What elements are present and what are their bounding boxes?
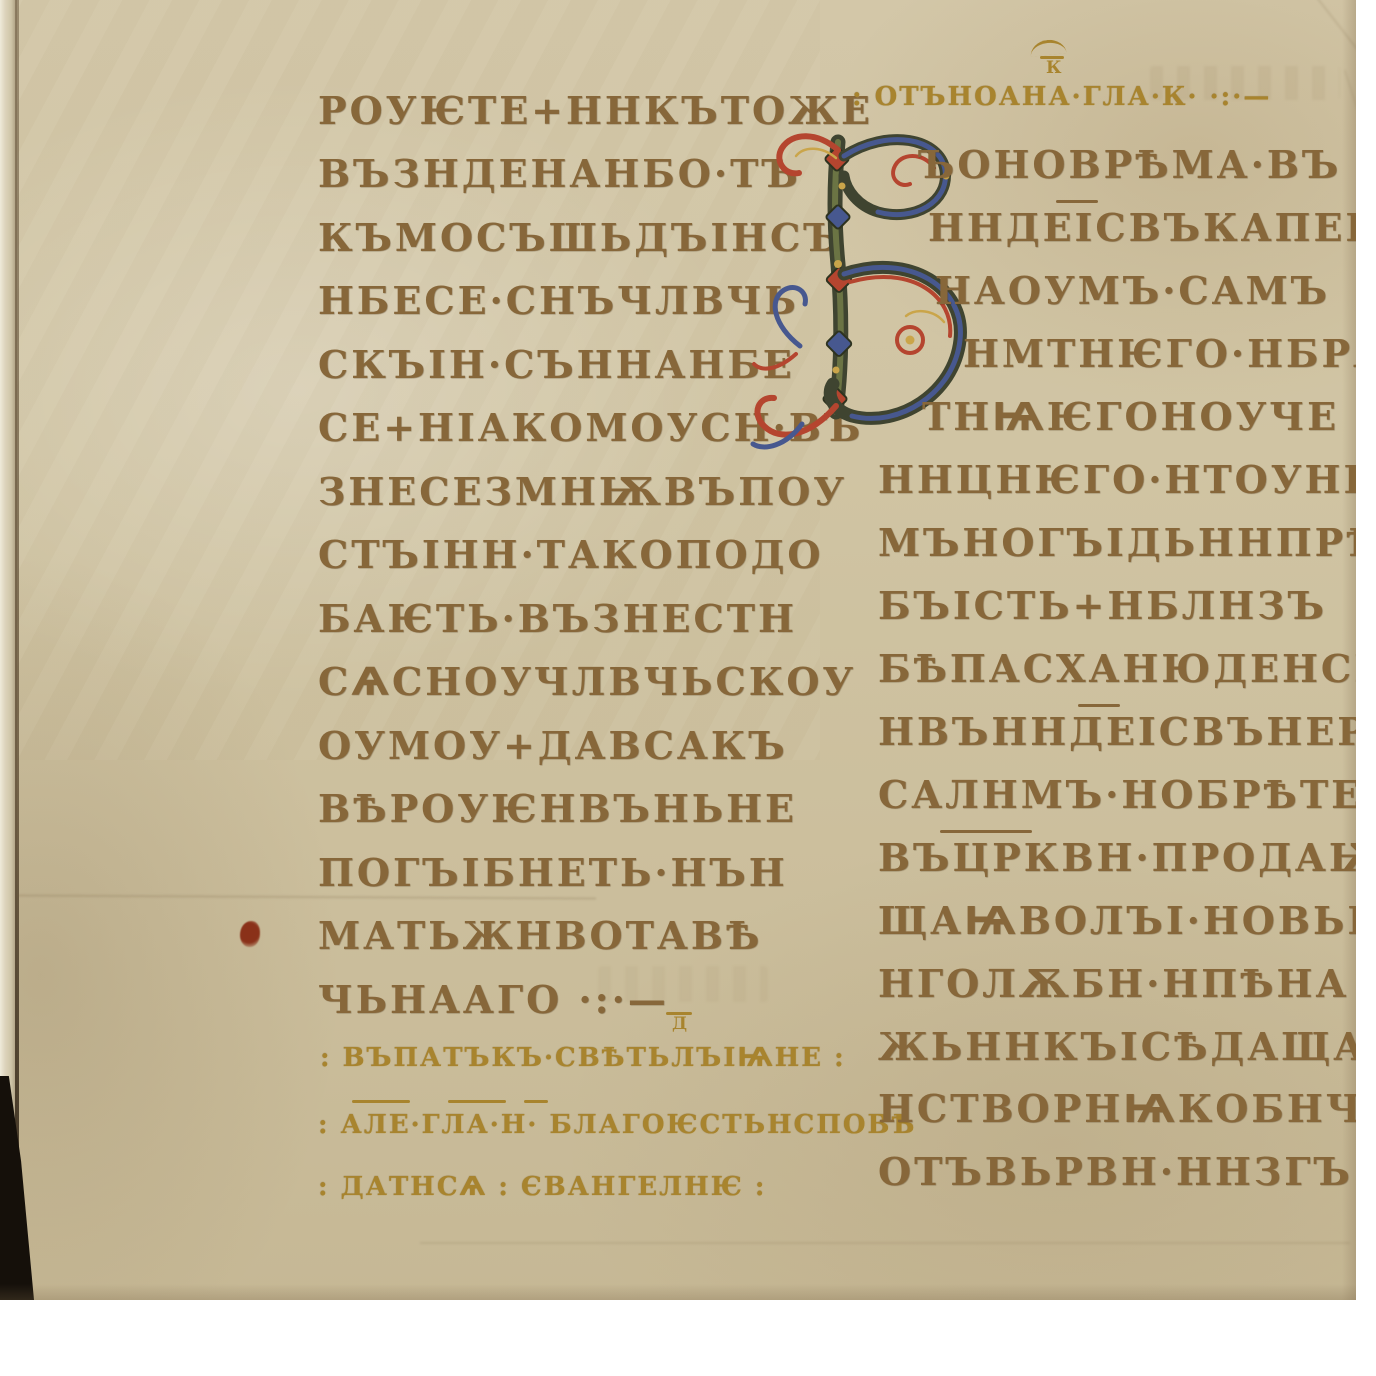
text-line: ТНѨѤГОНОУЧЕ (922, 394, 1339, 439)
text-line: НСТВОРНѨКОБНЧЬ (878, 1086, 1376, 1131)
titlo-mark (448, 1100, 506, 1103)
text-line: СѦСНОУЧЛВЧЬСКОУ (318, 659, 856, 704)
text-line: МАТЬЖНВОТАВѢ (318, 913, 762, 958)
scan-margin-bottom (0, 1300, 1376, 1376)
rubric-line: : АЛЕ·ГЛА·Н· БЛАГОѤСТЬНСПОВѢ (318, 1110, 916, 1140)
text-line: ВЪЗНДЕНАНБО·ТЪ (318, 151, 801, 196)
text-line: ПОГЪІБНЕТЬ·НЪН (318, 850, 788, 895)
text-line: ЪОНОВРѢМА·ВЪ (918, 142, 1341, 187)
titlo-mark (1078, 704, 1120, 707)
titlo-mark (666, 1012, 692, 1015)
header-superscript: К (1046, 58, 1061, 78)
horizontal-crease (420, 1242, 1350, 1244)
text-line: НМТНѤГО·НБРА (963, 331, 1376, 376)
manuscript-page: РОУѤТЕ+ННКЪТОЖЕ ВЪЗНДЕНАНБО·ТЪ КЪМОСЪШЬД… (0, 0, 1376, 1376)
red-wax-stain (240, 921, 260, 947)
titlo-mark (352, 1100, 410, 1103)
text-line: БЪІСТЬ+НБЛНЗЪ (878, 583, 1327, 628)
text-line: ВЪЦРКВН·ПРОДАѬ (878, 835, 1376, 880)
text-line: БѢПАСХАНЮДЕНСКА (878, 646, 1376, 691)
text-line: ВѢРОУѤНВЪНЬНЕ (318, 786, 797, 831)
titlo-mark (940, 830, 1032, 833)
text-line: ОТЪВЬРВН·ННЗГЪ (878, 1149, 1353, 1194)
rubric-line: : ДАТНСѦ : ЄВАНГЕЛНѤ : (318, 1172, 767, 1202)
text-line: СТЪІНН·ТАКОПОДО (318, 532, 823, 577)
text-line: ЖЬННКЪІСѢДАЩА+ (878, 1024, 1376, 1069)
gutter-crease (15, 0, 19, 1300)
pericope-header: : ОТЪНОАНА·ГЛА·К· ·:·— (852, 82, 1271, 112)
titlo-mark (1040, 56, 1064, 59)
text-line: СКЪІН·СЪННАНБЕ (318, 342, 795, 387)
titlo-mark (524, 1100, 548, 1103)
titlo-mark (1056, 200, 1098, 203)
text-line: ННЦНѤГО·НТОУНЕ (878, 457, 1375, 502)
text-line: ЩАѨВОЛЪІ·НОВЬЦА (878, 898, 1376, 943)
text-line: НГОЛѪБН·НПѢНА (878, 961, 1349, 1006)
text-line: САЛНМЪ·НОБРѢТЕ (878, 772, 1363, 817)
rubric-line: : ВЪПАТЪКЪ·СВѢТЬЛЪІѨНЕ : (320, 1043, 846, 1073)
text-line: БАѤТЬ·ВЪЗНЕСТН (318, 596, 797, 641)
rubric-superscript: Д (672, 1014, 687, 1034)
scan-margin-right (1356, 0, 1376, 1376)
text-line: ОУМОУ+ДАВСАКЪ (318, 723, 788, 768)
text-line: НАОУМЪ·САМЪ (935, 268, 1330, 313)
text-line: ННДЕІСВЪКАПЕРЪ (928, 205, 1376, 250)
bottom-edge-shade (0, 1284, 1356, 1300)
text-line: МЪНОГЪІДЬННПРѢ (878, 520, 1376, 565)
text-line: ЧЬНААГО ·:·— (318, 977, 669, 1022)
text-line: НБЕСЕ·СНЪЧЛВЧЬ (318, 278, 799, 323)
text-line: НВЪННДЕІСВЪНЕРОУ (878, 709, 1376, 754)
text-line: ЗНЕСЕЗМНѬВЪПОУ (318, 469, 847, 514)
